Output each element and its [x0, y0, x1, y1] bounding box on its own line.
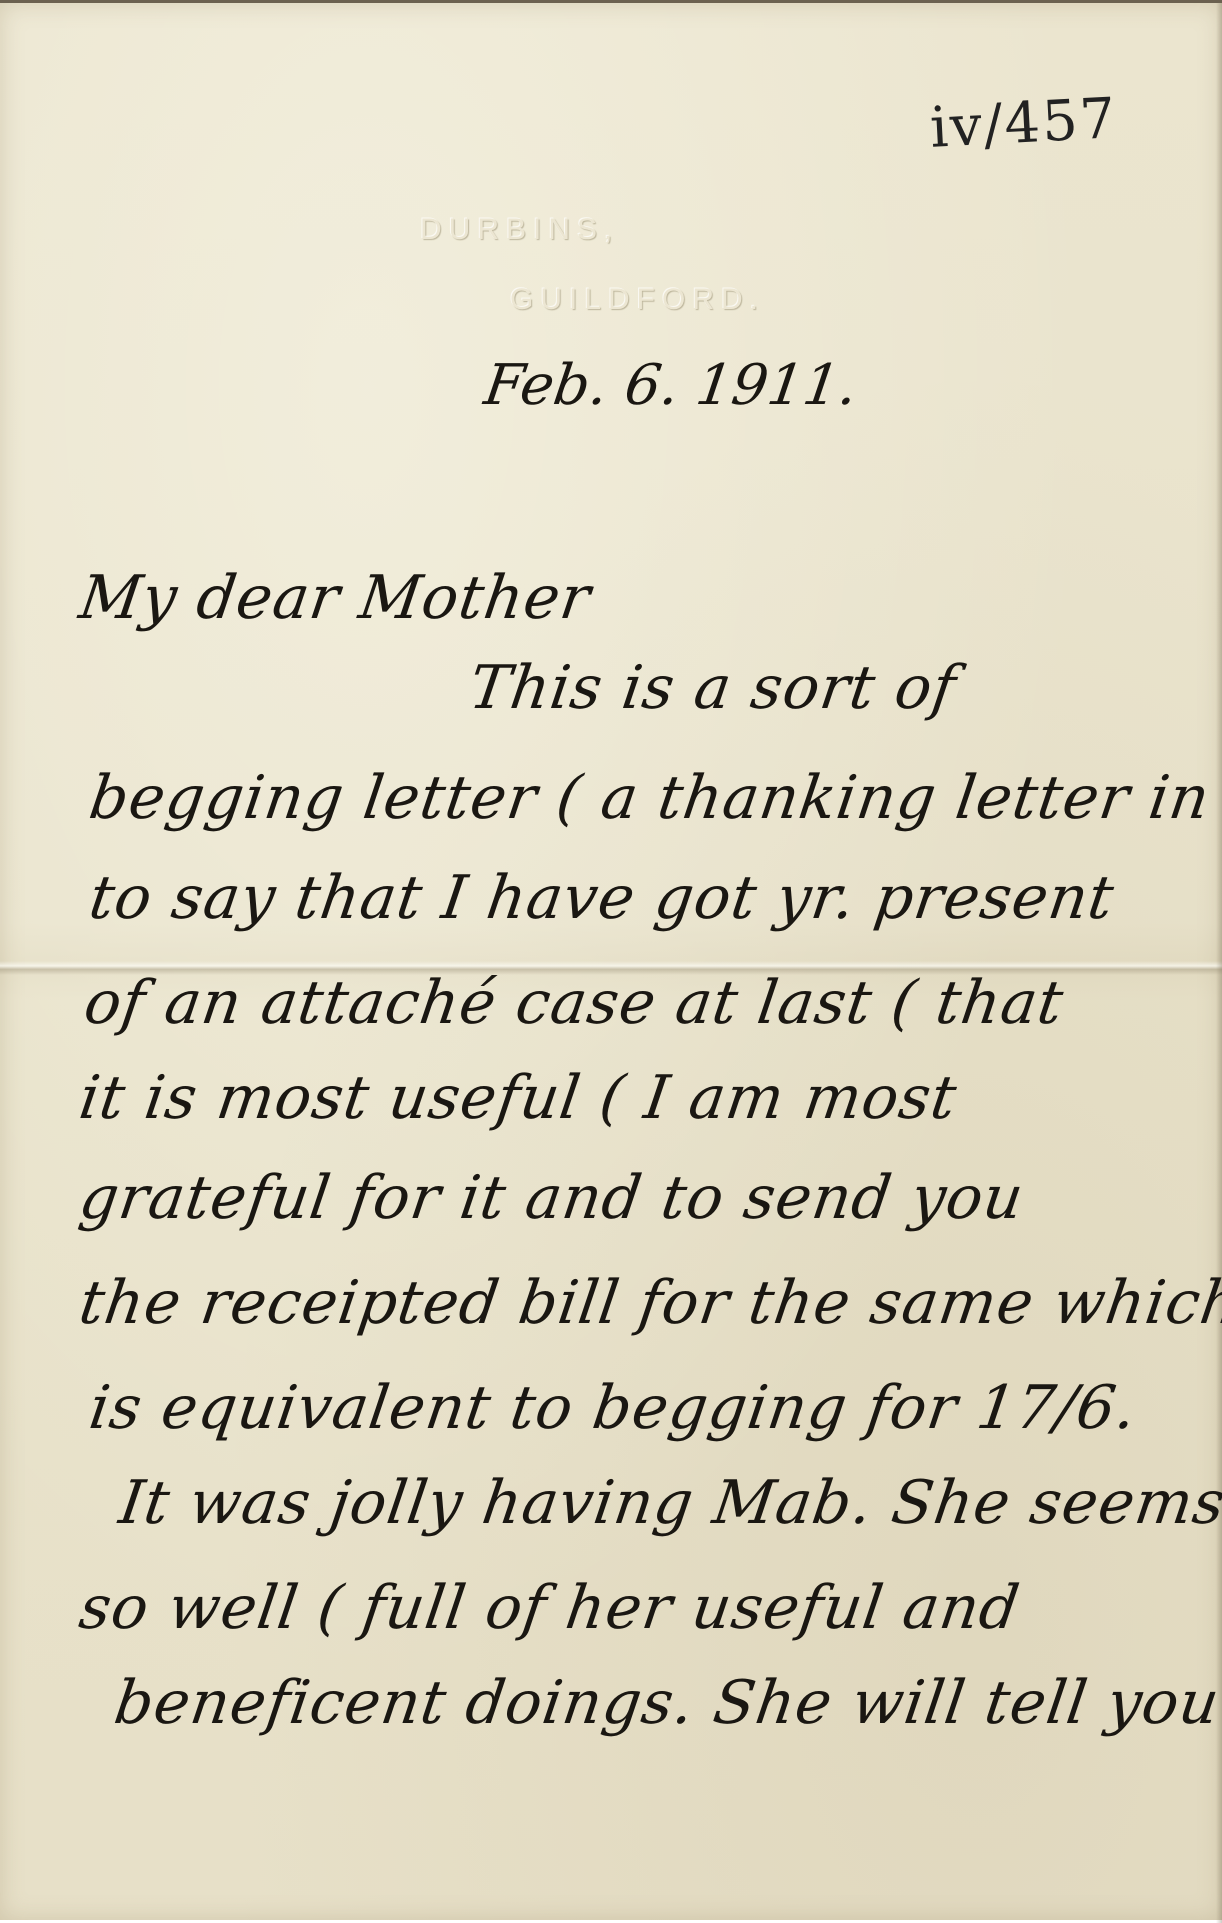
body-line: is equivalent to begging for 17/6.: [85, 1373, 1141, 1443]
salutation: My dear Mother: [75, 563, 595, 633]
letterhead-town: GUILDFORD.: [510, 283, 765, 317]
body-line: to say that I have got yr. present: [85, 863, 1119, 933]
body-line: It was jolly having Mab. She seems: [115, 1468, 1222, 1538]
body-line: the receipted bill for the same which: [75, 1268, 1222, 1338]
body-line: grateful for it and to send you: [75, 1163, 1028, 1233]
letter-page: iv/457 DURBINS, GUILDFORD. Feb. 6. 1911.…: [0, 0, 1222, 1920]
body-line: This is a sort of: [465, 653, 961, 723]
letter-date: Feb. 6. 1911.: [480, 353, 861, 418]
body-line: it is most useful ( I am most: [75, 1063, 961, 1133]
body-line: of an attaché case at last ( that: [80, 968, 1068, 1038]
letterhead-house-name: DURBINS,: [420, 213, 619, 247]
body-line: so well ( full of her useful and: [75, 1573, 1024, 1643]
body-line: begging letter ( a thanking letter in on…: [85, 763, 1222, 833]
body-line: beneficent doings. She will tell you: [110, 1668, 1222, 1738]
archive-reference: iv/457: [928, 86, 1118, 161]
paper-edge: [1216, 3, 1222, 1920]
